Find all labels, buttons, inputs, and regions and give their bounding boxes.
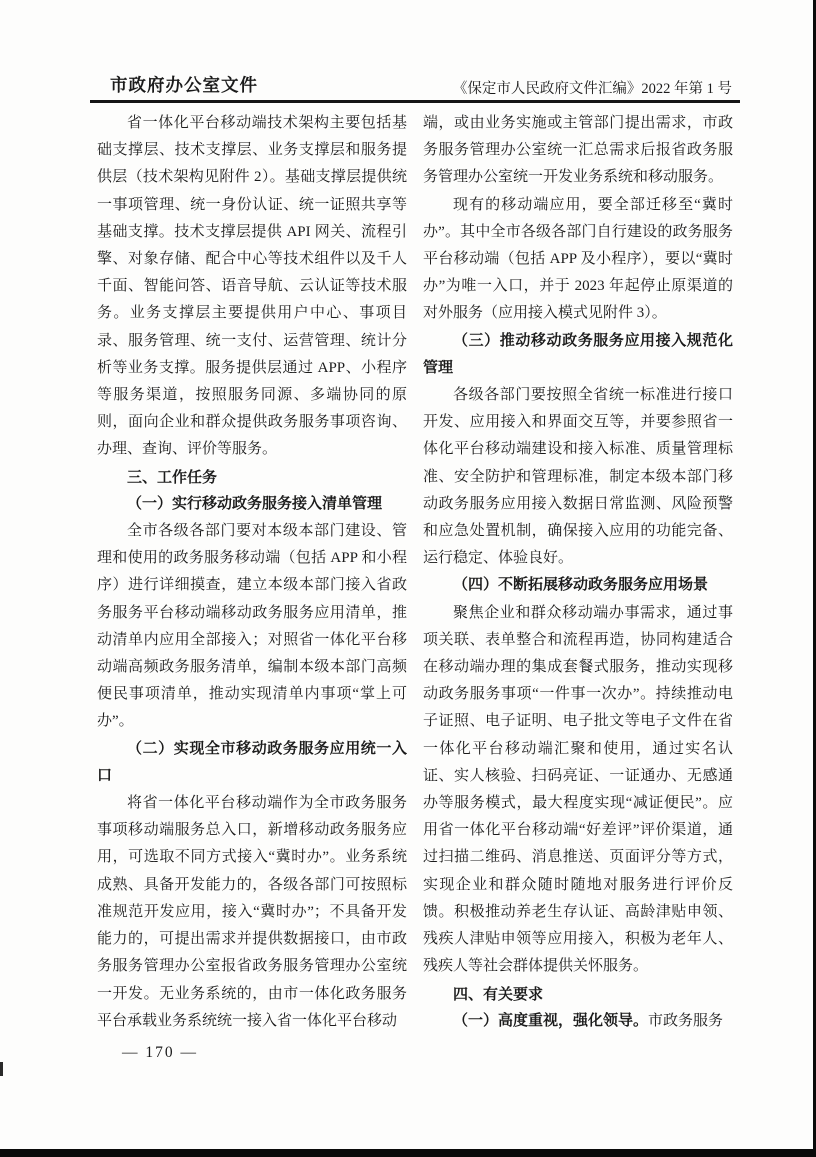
- left-text-column: 省一体化平台移动端技术架构主要包括基础支撑层、技术支撑层、业务支撑层和服务提供层…: [97, 110, 407, 1035]
- paragraph-lead: （一）高度重视，强化领导。: [453, 1013, 648, 1029]
- section-heading: （四）不断拓展移动政务服务应用场景: [423, 572, 733, 599]
- body-paragraph: （一）高度重视，强化领导。市政务服务: [423, 1008, 733, 1035]
- scan-edge-bottom: [0, 1149, 816, 1157]
- body-paragraph: 聚焦企业和群众移动端办事需求，通过事项关联、表单整合和流程再造，协同构建适合在移…: [423, 600, 733, 981]
- paragraph-text: 市政务服务: [648, 1013, 723, 1029]
- section-heading: （二）实现全市移动政务服务应用统一入口: [97, 736, 407, 790]
- body-paragraph: 各级各部门要按照全省统一标准进行接口开发、应用接入和界面交互等，并要参照省一体化…: [423, 382, 733, 572]
- section-heading: （三）推动移动政务服务应用接入规范化管理: [423, 328, 733, 382]
- page-number: — 170 —: [122, 1044, 198, 1062]
- body-paragraph: 全市各级各部门要对本级本部门建设、管理和使用的政务服务移动端（包括 APP 和小…: [97, 518, 407, 736]
- scanned-document-page: { "header": { "left_title": "市政府办公室文件", …: [0, 0, 816, 1157]
- scan-artifact: [0, 1062, 3, 1076]
- body-paragraph: 省一体化平台移动端技术架构主要包括基础支撑层、技术支撑层、业务支撑层和服务提供层…: [97, 110, 407, 464]
- section-heading: 三、工作任务: [97, 464, 407, 491]
- section-heading: 四、有关要求: [423, 981, 733, 1008]
- body-paragraph: 将省一体化平台移动端作为全市政务服务事项移动端服务总入口，新增移动政务服务应用，…: [97, 790, 407, 1035]
- compilation-issue-title: 《保定市人民政府文件汇编》2022 年第 1 号: [453, 77, 732, 98]
- section-heading: （一）实行移动政务服务接入清单管理: [97, 491, 407, 518]
- right-text-column: 端，或由业务实施或主管部门提出需求，市政务服务管理办公室统一汇总需求后报省政务服…: [423, 110, 733, 1035]
- document-category-title: 市政府办公室文件: [110, 72, 258, 97]
- body-paragraph: 端，或由业务实施或主管部门提出需求，市政务服务管理办公室统一汇总需求后报省政务服…: [423, 110, 733, 192]
- header-divider-line: [90, 100, 740, 103]
- body-paragraph: 现有的移动端应用，要全部迁移至“冀时办”。其中全市各级各部门自行建设的政务服务平…: [423, 192, 733, 328]
